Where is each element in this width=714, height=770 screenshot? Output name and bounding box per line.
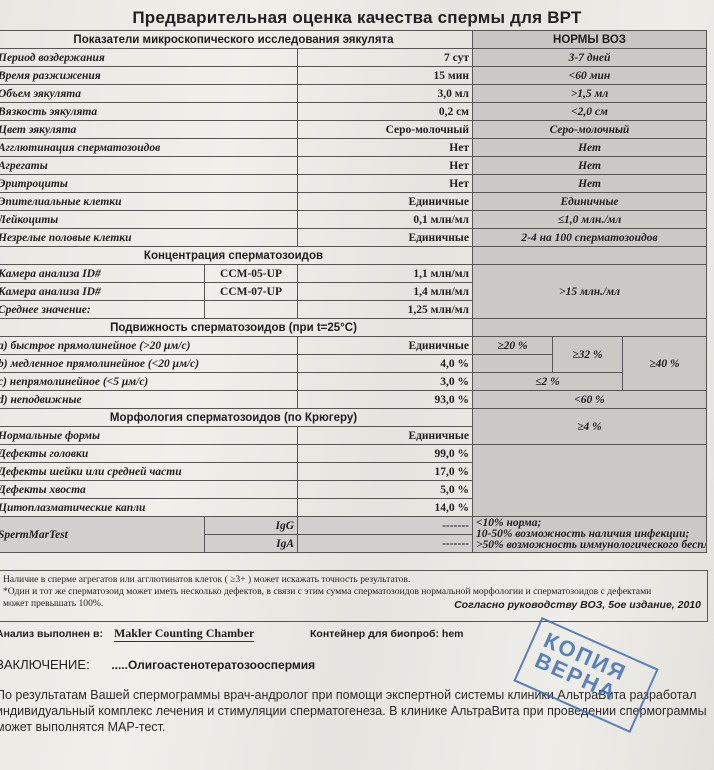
table-row: АгрегатыНетНет (0, 157, 707, 175)
table-row: Объем эякулята3,0 мл>1,5 мл (0, 85, 707, 103)
section-header-morphology: Морфология сперматозоидов (по Крюгеру)≥4… (0, 409, 707, 427)
table-row: Камера анализа ID#CCM-05-UP1,1 млн/мл>15… (0, 265, 707, 283)
row-label: a) быстрое прямолинейное (>20 μм/с) (0, 337, 298, 355)
table-row: Период воздержания7 сут3-7 дней (0, 49, 707, 67)
row-label: Эритроциты (0, 175, 298, 193)
notes-box: Наличие в сперме агрегатов или агглютина… (0, 570, 708, 622)
chamber-id: CCM-05-UP (205, 265, 298, 283)
section-header-micro: Показатели микроскопического исследовани… (0, 31, 707, 49)
row-label: Камера анализа ID# (0, 265, 205, 283)
chamber-id (205, 301, 298, 319)
row-value: 5,0 % (298, 481, 473, 499)
row-value: Нет (298, 139, 473, 157)
row-norm: Серо-молочный (473, 121, 707, 139)
row-label: Эпителиальные клетки (0, 193, 298, 211)
row-label: Цитоплазматические капли (0, 499, 298, 517)
conclusion-label: ЗАКЛЮЧЕНИЕ: (0, 657, 90, 672)
mar-norm-3: >50% возможность иммунологического беспл… (476, 540, 703, 551)
norm-blank (473, 355, 553, 373)
table-row: d) неподвижные93,0 %<60 % (0, 391, 707, 409)
table-row: Цвет эякулятаСеро-молочныйСеро-молочный (0, 121, 707, 139)
row-norm: 3-7 дней (473, 49, 707, 67)
motility-header: Подвижность сперматозоидов (при t=25°C) (0, 319, 473, 337)
section-header-concentration: Концентрация сперматозоидов (0, 247, 707, 265)
row-label: Среднее значение: (0, 301, 205, 319)
row-norm: ≤1,0 млн./мл (473, 211, 707, 229)
iga-label: IgA (205, 535, 298, 553)
row-label: Вязкость эякулята (0, 103, 298, 121)
row-label: Объем эякулята (0, 85, 298, 103)
norm-d: <60 % (473, 391, 707, 409)
page-title: Предварительная оценка качества спермы д… (0, 8, 714, 28)
row-value: 99,0 % (298, 445, 473, 463)
row-label: Время разжижения (0, 67, 298, 85)
norm-blank (473, 319, 707, 337)
row-value: Единичные (298, 337, 473, 355)
row-label: Камера анализа ID# (0, 283, 205, 301)
conclusion: ЗАКЛЮЧЕНИЕ: .....Олигоастенотератозооспе… (0, 657, 315, 672)
concentration-norm: >15 млн./мл (473, 265, 707, 319)
morphology-norm: ≥4 % (473, 409, 707, 445)
concentration-header: Концентрация сперматозоидов (0, 247, 473, 265)
analysis-label: Анализ выполнен в: (0, 628, 103, 640)
table-row: Незрелые половые клеткиЕдиничные2-4 на 1… (0, 229, 707, 247)
mar-test-norm: <10% норма;10-50% возможность наличия ин… (473, 517, 707, 553)
iga-value: ------- (298, 535, 473, 553)
row-label: Дефекты головки (0, 445, 298, 463)
row-label: Цвет эякулята (0, 121, 298, 139)
norm-ab: ≥32 % (553, 337, 623, 373)
row-value: 1,1 млн/мл (298, 265, 473, 283)
norm-blank (473, 445, 707, 517)
row-value: 93,0 % (298, 391, 473, 409)
analysis-method: Анализ выполнен в: Makler Counting Chamb… (0, 626, 254, 641)
note-defects: *Один и тот же сперматозоид может иметь … (3, 586, 701, 598)
table-row: c) непрямолинейное (<5 μм/с)3,0 %≤2 % (0, 373, 707, 391)
row-value: 3,0 мл (298, 85, 473, 103)
row-value: Единичные (298, 229, 473, 247)
row-value: 1,4 млн/мл (298, 283, 473, 301)
analysis-place: Makler Counting Chamber (114, 626, 254, 642)
row-value: Единичные (298, 193, 473, 211)
norm-c: ≤2 % (473, 373, 623, 391)
chamber-id: CCM-07-UP (205, 283, 298, 301)
row-value: 4,0 % (298, 355, 473, 373)
table-row: Время разжижения15 мин<60 мин (0, 67, 707, 85)
row-value: 15 мин (298, 67, 473, 85)
conclusion-diagnosis: .....Олигоастенотератозооспермия (111, 658, 315, 672)
who-source: Согласно руководству ВОЗ, 5ое издание, 2… (454, 599, 701, 611)
igg-value: ------- (298, 517, 473, 535)
section-header-motility: Подвижность сперматозоидов (при t=25°C) (0, 319, 707, 337)
row-label: Незрелые половые клетки (0, 229, 298, 247)
row-label: d) неподвижные (0, 391, 298, 409)
row-value: Нет (298, 157, 473, 175)
row-norm: <60 мин (473, 67, 707, 85)
row-value: 3,0 % (298, 373, 473, 391)
row-label: Агрегаты (0, 157, 298, 175)
row-value: 17,0 % (298, 463, 473, 481)
norm-abc: ≥40 % (623, 337, 707, 391)
results-table: Показатели микроскопического исследовани… (0, 30, 707, 553)
row-norm: >1,5 мл (473, 85, 707, 103)
table-row: Агглютинация сперматозоидовНетНет (0, 139, 707, 157)
norm-blank (473, 247, 707, 265)
row-label: Лейкоциты (0, 211, 298, 229)
row-value: 7 сут (298, 49, 473, 67)
morphology-header: Морфология сперматозоидов (по Крюгеру) (0, 409, 473, 427)
row-label: Агглютинация сперматозоидов (0, 139, 298, 157)
micro-header: Показатели микроскопического исследовани… (0, 31, 473, 49)
row-label: Дефекты шейки или средней части (0, 463, 298, 481)
mar-test-row: SpermMarTestIgG-------<10% норма;10-50% … (0, 517, 707, 535)
row-value: 0,2 см (298, 103, 473, 121)
row-value: 14,0 % (298, 499, 473, 517)
row-norm: Единичные (473, 193, 707, 211)
row-norm: Нет (473, 139, 707, 157)
row-value: 0,1 млн/мл (298, 211, 473, 229)
row-norm: Нет (473, 157, 707, 175)
container-label: Контейнер для биопроб: hem (310, 628, 464, 640)
row-value: 1,25 млн/мл (298, 301, 473, 319)
row-value: Нет (298, 175, 473, 193)
table-row: Лейкоциты0,1 млн/мл≤1,0 млн./мл (0, 211, 707, 229)
table-row: a) быстрое прямолинейное (>20 μм/с)Едини… (0, 337, 707, 355)
norm-a: ≥20 % (473, 337, 553, 355)
row-label: c) непрямолинейное (<5 μм/с) (0, 373, 298, 391)
row-norm: 2-4 на 100 сперматозоидов (473, 229, 707, 247)
table-row: Эпителиальные клеткиЕдиничныеЕдиничные (0, 193, 707, 211)
row-norm: <2,0 см (473, 103, 707, 121)
row-label: Нормальные формы (0, 427, 298, 445)
table-row: ЭритроцитыНетНет (0, 175, 707, 193)
row-value: Единичные (298, 427, 473, 445)
igg-label: IgG (205, 517, 298, 535)
row-norm: Нет (473, 175, 707, 193)
row-label: Дефекты хвоста (0, 481, 298, 499)
mar-test-label: SpermMarTest (0, 517, 205, 553)
table-row: Дефекты головки99,0 % (0, 445, 707, 463)
note-aggregates: Наличие в сперме агрегатов или агглютина… (3, 574, 701, 586)
table-row: Вязкость эякулята0,2 см<2,0 см (0, 103, 707, 121)
row-value: Серо-молочный (298, 121, 473, 139)
row-label: b) медленное прямолинейное (<20 μм/с) (0, 355, 298, 373)
row-label: Период воздержания (0, 49, 298, 67)
norms-header: НОРМЫ ВОЗ (473, 31, 707, 49)
